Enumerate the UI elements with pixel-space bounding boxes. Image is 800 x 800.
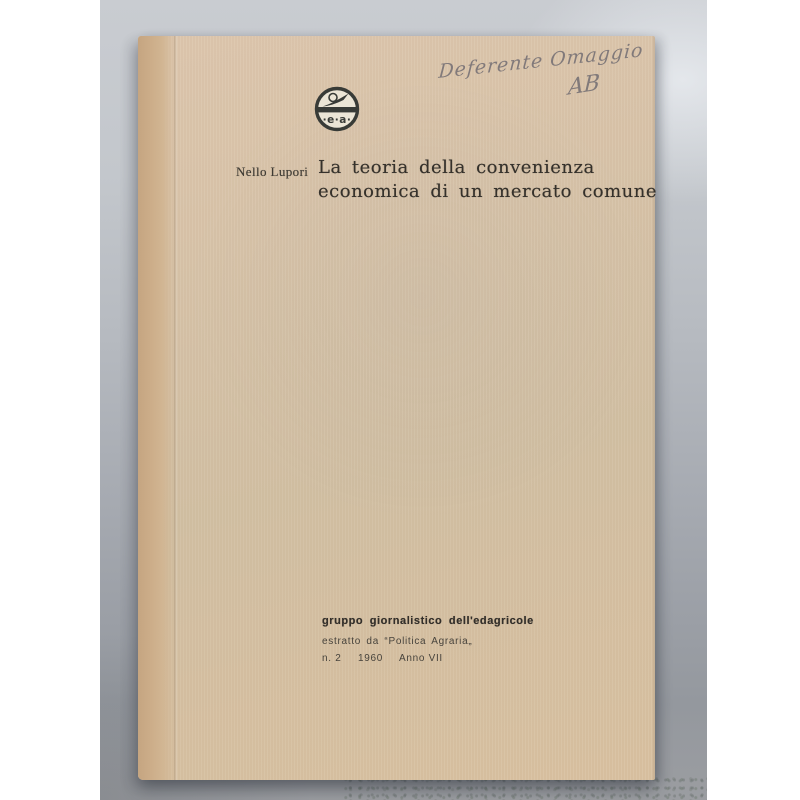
sun-icon: [329, 94, 337, 102]
publisher-group-line: gruppo giornalistico dell'edagricole: [322, 615, 534, 627]
issue-year: 1960: [358, 653, 383, 664]
handwritten-initials: AB: [568, 70, 601, 101]
book-title: La teoria della convenienza economica di…: [318, 156, 657, 204]
ground-band: [316, 107, 358, 112]
extract-source-line: estratto da “Politica Agraria„: [322, 636, 534, 647]
book-photo: Deferente Omaggio AB ·e·a· Nello Lupori …: [100, 0, 707, 800]
book-spine: [138, 36, 175, 780]
publisher-block: gruppo giornalistico dell'edagricole est…: [322, 615, 534, 664]
issue-number: n. 2: [322, 653, 341, 664]
book-cover: Deferente Omaggio AB ·e·a· Nello Lupori …: [138, 36, 655, 780]
title-line-2: economica di un mercato comune: [318, 180, 657, 204]
author-name: Nello Lupori: [236, 164, 308, 180]
issue-line: n. 2 1960 Anno VII: [322, 653, 534, 664]
page-background: Deferente Omaggio AB ·e·a· Nello Lupori …: [0, 0, 800, 800]
handwritten-inscription: Deferente Omaggio: [438, 39, 644, 83]
cover-paper-texture: [138, 36, 655, 780]
issue-volume: Anno VII: [399, 653, 443, 664]
title-line-1: La teoria della convenienza: [318, 156, 657, 180]
publisher-logo-icon: ·e·a·: [314, 86, 360, 132]
logo-letters: ·e·a·: [323, 114, 352, 126]
cover-right-edge: [652, 36, 655, 780]
spine-crease-line: [174, 36, 177, 780]
